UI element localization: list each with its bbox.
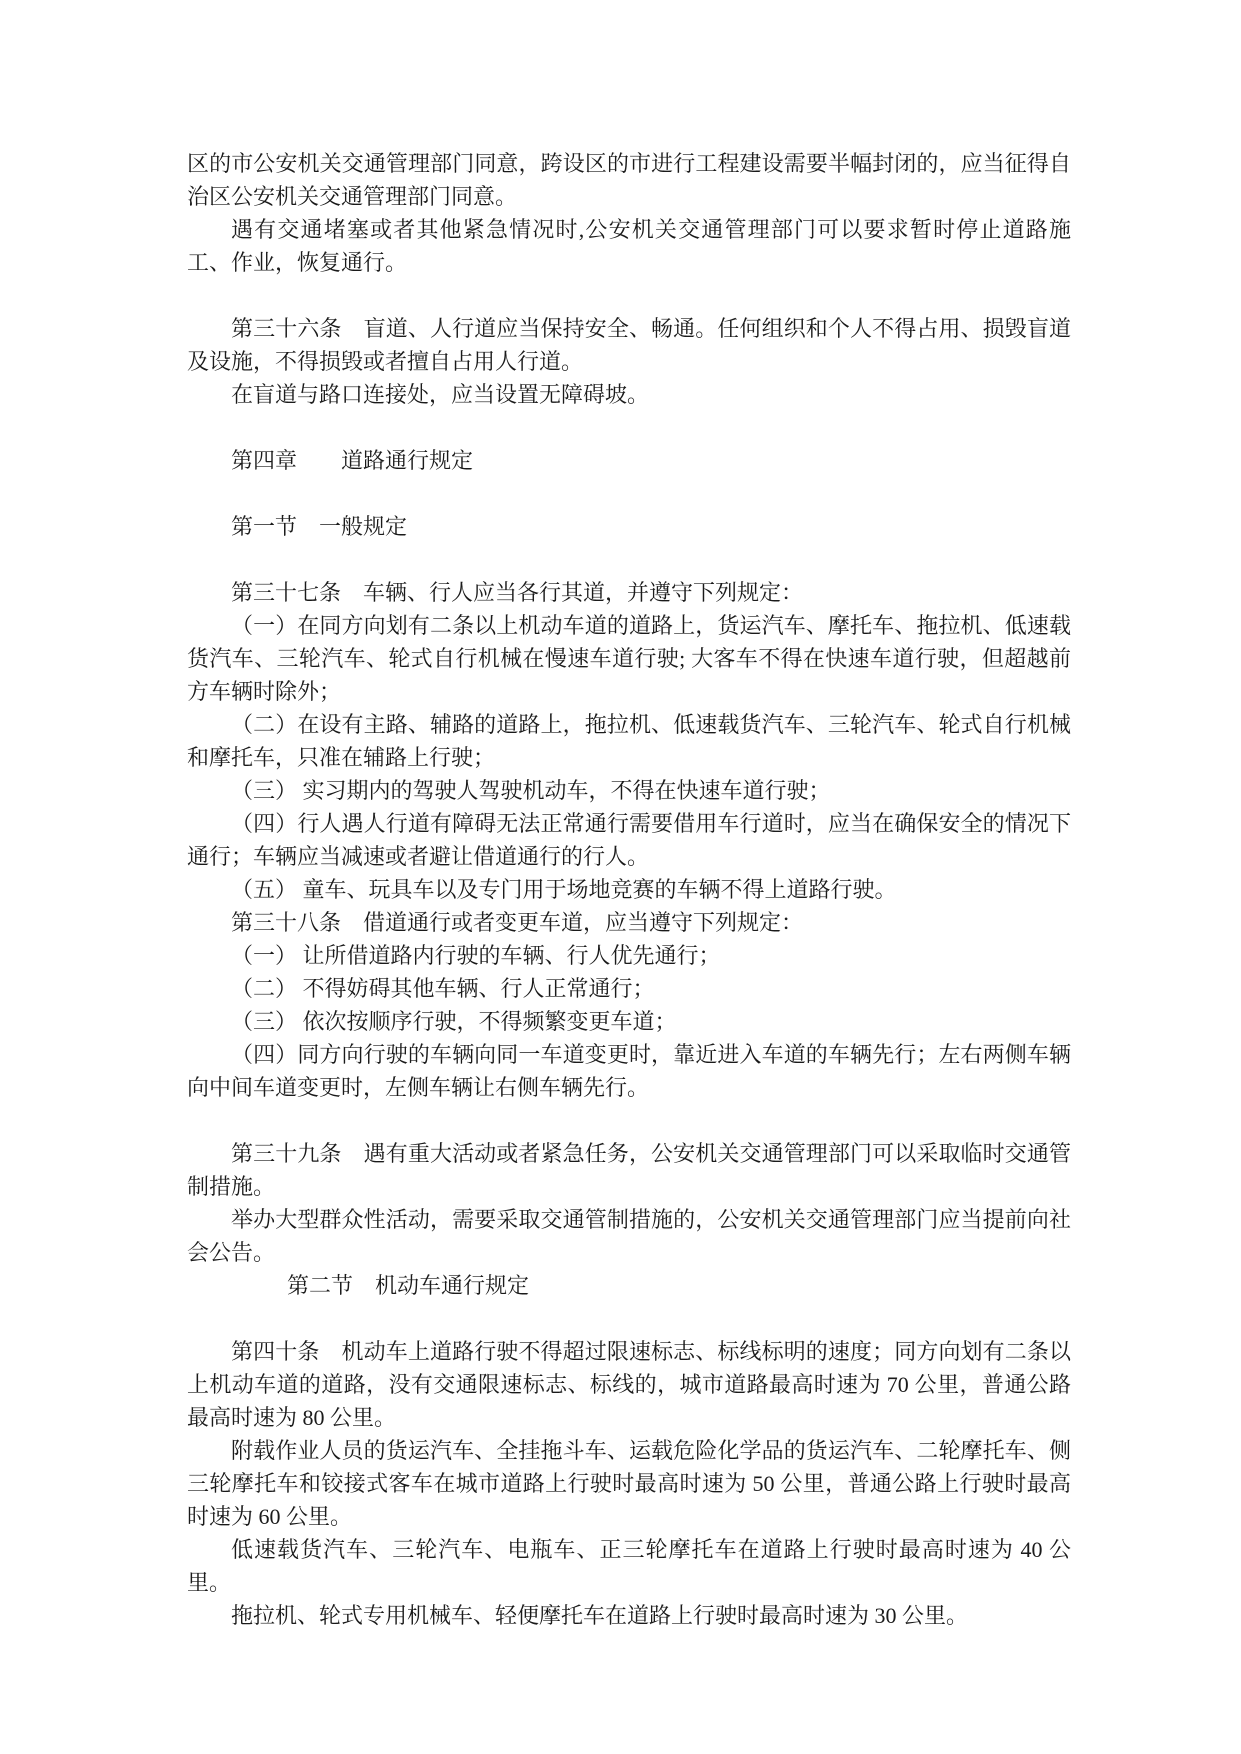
para-article-40-special-vehicles: 附载作业人员的货运汽车、全挂拖斗车、运载危险化学品的货运汽车、二轮摩托车、侧三轮…: [187, 1434, 1071, 1533]
para-article-40: 第四十条 机动车上道路行驶不得超过限速标志、标线标明的速度；同方向划有二条以上机…: [187, 1335, 1071, 1434]
document-page: 区的市公安机关交通管理部门同意，跨设区的市进行工程建设需要半幅封闭的，应当征得自…: [0, 0, 1241, 1754]
para-article-38-item-3: （三） 依次按顺序行驶，不得频繁变更车道；: [187, 1005, 1071, 1038]
blank-line: [187, 543, 1071, 576]
para-article-37-item-1: （一）在同方向划有二条以上机动车道的道路上，货运汽车、摩托车、拖拉机、低速载货汽…: [187, 609, 1071, 708]
para-article-40-tractors: 拖拉机、轮式专用机械车、轻便摩托车在道路上行驶时最高时速为 30 公里。: [187, 1599, 1071, 1632]
blank-line: [187, 279, 1071, 312]
para-article-38-item-2: （二） 不得妨碍其他车辆、行人正常通行；: [187, 972, 1071, 1005]
para-article-38: 第三十八条 借道通行或者变更车道，应当遵守下列规定：: [187, 906, 1071, 939]
para-article-38-item-1: （一） 让所借道路内行驶的车辆、行人优先通行；: [187, 939, 1071, 972]
section-2-heading: 第二节 机动车通行规定: [187, 1269, 1071, 1302]
para-intro-continuation: 区的市公安机关交通管理部门同意，跨设区的市进行工程建设需要半幅封闭的，应当征得自…: [187, 147, 1071, 213]
para-article-37: 第三十七条 车辆、行人应当各行其道，并遵守下列规定：: [187, 576, 1071, 609]
section-1-heading: 第一节 一般规定: [187, 510, 1071, 543]
blank-line: [187, 1302, 1071, 1335]
para-traffic-jam-provision: 遇有交通堵塞或者其他紧急情况时,公安机关交通管理部门可以要求暂时停止道路施工、作…: [187, 213, 1071, 279]
para-article-40-low-speed: 低速载货汽车、三轮汽车、电瓶车、正三轮摩托车在道路上行驶时最高时速为 40 公里…: [187, 1533, 1071, 1599]
para-article-37-item-3: （三） 实习期内的驾驶人驾驶机动车，不得在快速车道行驶；: [187, 774, 1071, 807]
para-article-39: 第三十九条 遇有重大活动或者紧急任务，公安机关交通管理部门可以采取临时交通管制措…: [187, 1137, 1071, 1203]
para-article-36: 第三十六条 盲道、人行道应当保持安全、畅通。任何组织和个人不得占用、损毁盲道及设…: [187, 312, 1071, 378]
para-article-37-item-5: （五） 童车、玩具车以及专门用于场地竞赛的车辆不得上道路行驶。: [187, 873, 1071, 906]
para-article-37-item-2: （二）在设有主路、辅路的道路上，拖拉机、低速载货汽车、三轮汽车、轮式自行机械和摩…: [187, 708, 1071, 774]
chapter-4-heading: 第四章 道路通行规定: [187, 444, 1071, 477]
blank-line: [187, 1104, 1071, 1137]
blank-line: [187, 477, 1071, 510]
blank-line: [187, 411, 1071, 444]
para-article-38-item-4: （四）同方向行驶的车辆向同一车道变更时，靠近进入车道的车辆先行；左右两侧车辆向中…: [187, 1038, 1071, 1104]
para-article-37-item-4: （四）行人遇人行道有障碍无法正常通行需要借用车行道时，应当在确保安全的情况下通行…: [187, 807, 1071, 873]
para-article-36-blind-lane: 在盲道与路口连接处，应当设置无障碍坡。: [187, 378, 1071, 411]
para-article-39-public-notice: 举办大型群众性活动，需要采取交通管制措施的，公安机关交通管理部门应当提前向社会公…: [187, 1203, 1071, 1269]
